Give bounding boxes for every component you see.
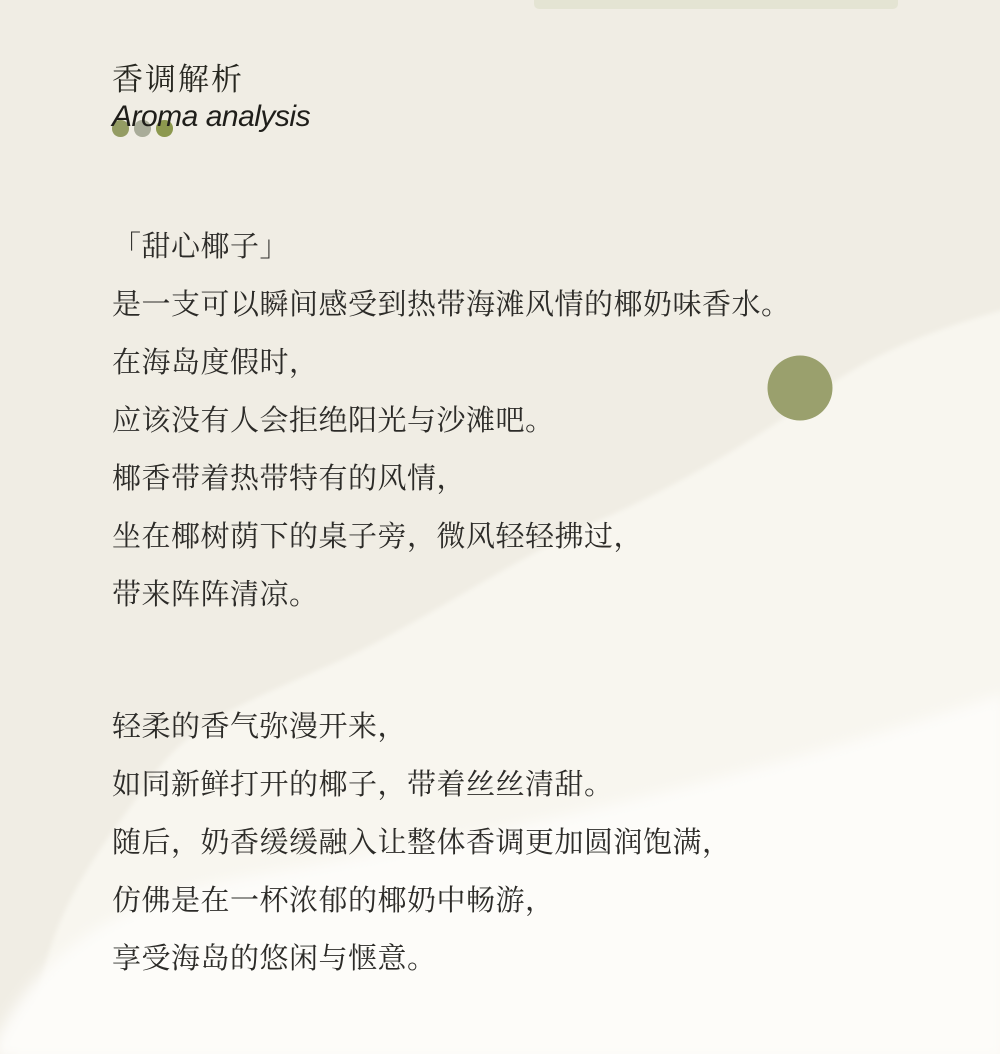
section-title-en: Aroma analysis <box>112 100 310 134</box>
text-line: 仿佛是在一杯浓郁的椰奶中畅游， <box>112 872 912 930</box>
text-line: 享受海岛的悠闲与惬意。 <box>112 930 912 988</box>
text-line: 轻柔的香气弥漫开来， <box>112 698 912 756</box>
text-line: 应该没有人会拒绝阳光与沙滩吧。 <box>112 392 912 450</box>
text-line: 「甜心椰子」 <box>112 218 912 276</box>
paragraph-2: 轻柔的香气弥漫开来， 如同新鲜打开的椰子，带着丝丝清甜。 随后，奶香缓缓融入让整… <box>112 698 912 988</box>
aroma-analysis-section: 香调解析 Aroma analysis 「甜心椰子」 是一支可以瞬间感受到热带海… <box>0 0 1000 1054</box>
paragraph-1: 「甜心椰子」 是一支可以瞬间感受到热带海滩风情的椰奶味香水。 在海岛度假时， 应… <box>112 218 912 624</box>
text-line: 在海岛度假时， <box>112 334 912 392</box>
text-line: 随后，奶香缓缓融入让整体香调更加圆润饱满， <box>112 814 912 872</box>
text-line: 如同新鲜打开的椰子，带着丝丝清甜。 <box>112 756 912 814</box>
text-line: 带来阵阵清凉。 <box>112 566 912 624</box>
text-line: 是一支可以瞬间感受到热带海滩风情的椰奶味香水。 <box>112 276 912 334</box>
text-line: 椰香带着热带特有的风情， <box>112 450 912 508</box>
section-header: 香调解析 Aroma analysis <box>112 60 310 134</box>
section-divider-strip <box>534 0 898 9</box>
text-line: 坐在椰树荫下的桌子旁，微风轻轻拂过， <box>112 508 912 566</box>
section-title-zh: 香调解析 <box>112 60 310 100</box>
description-text: 「甜心椰子」 是一支可以瞬间感受到热带海滩风情的椰奶味香水。 在海岛度假时， 应… <box>112 218 912 988</box>
